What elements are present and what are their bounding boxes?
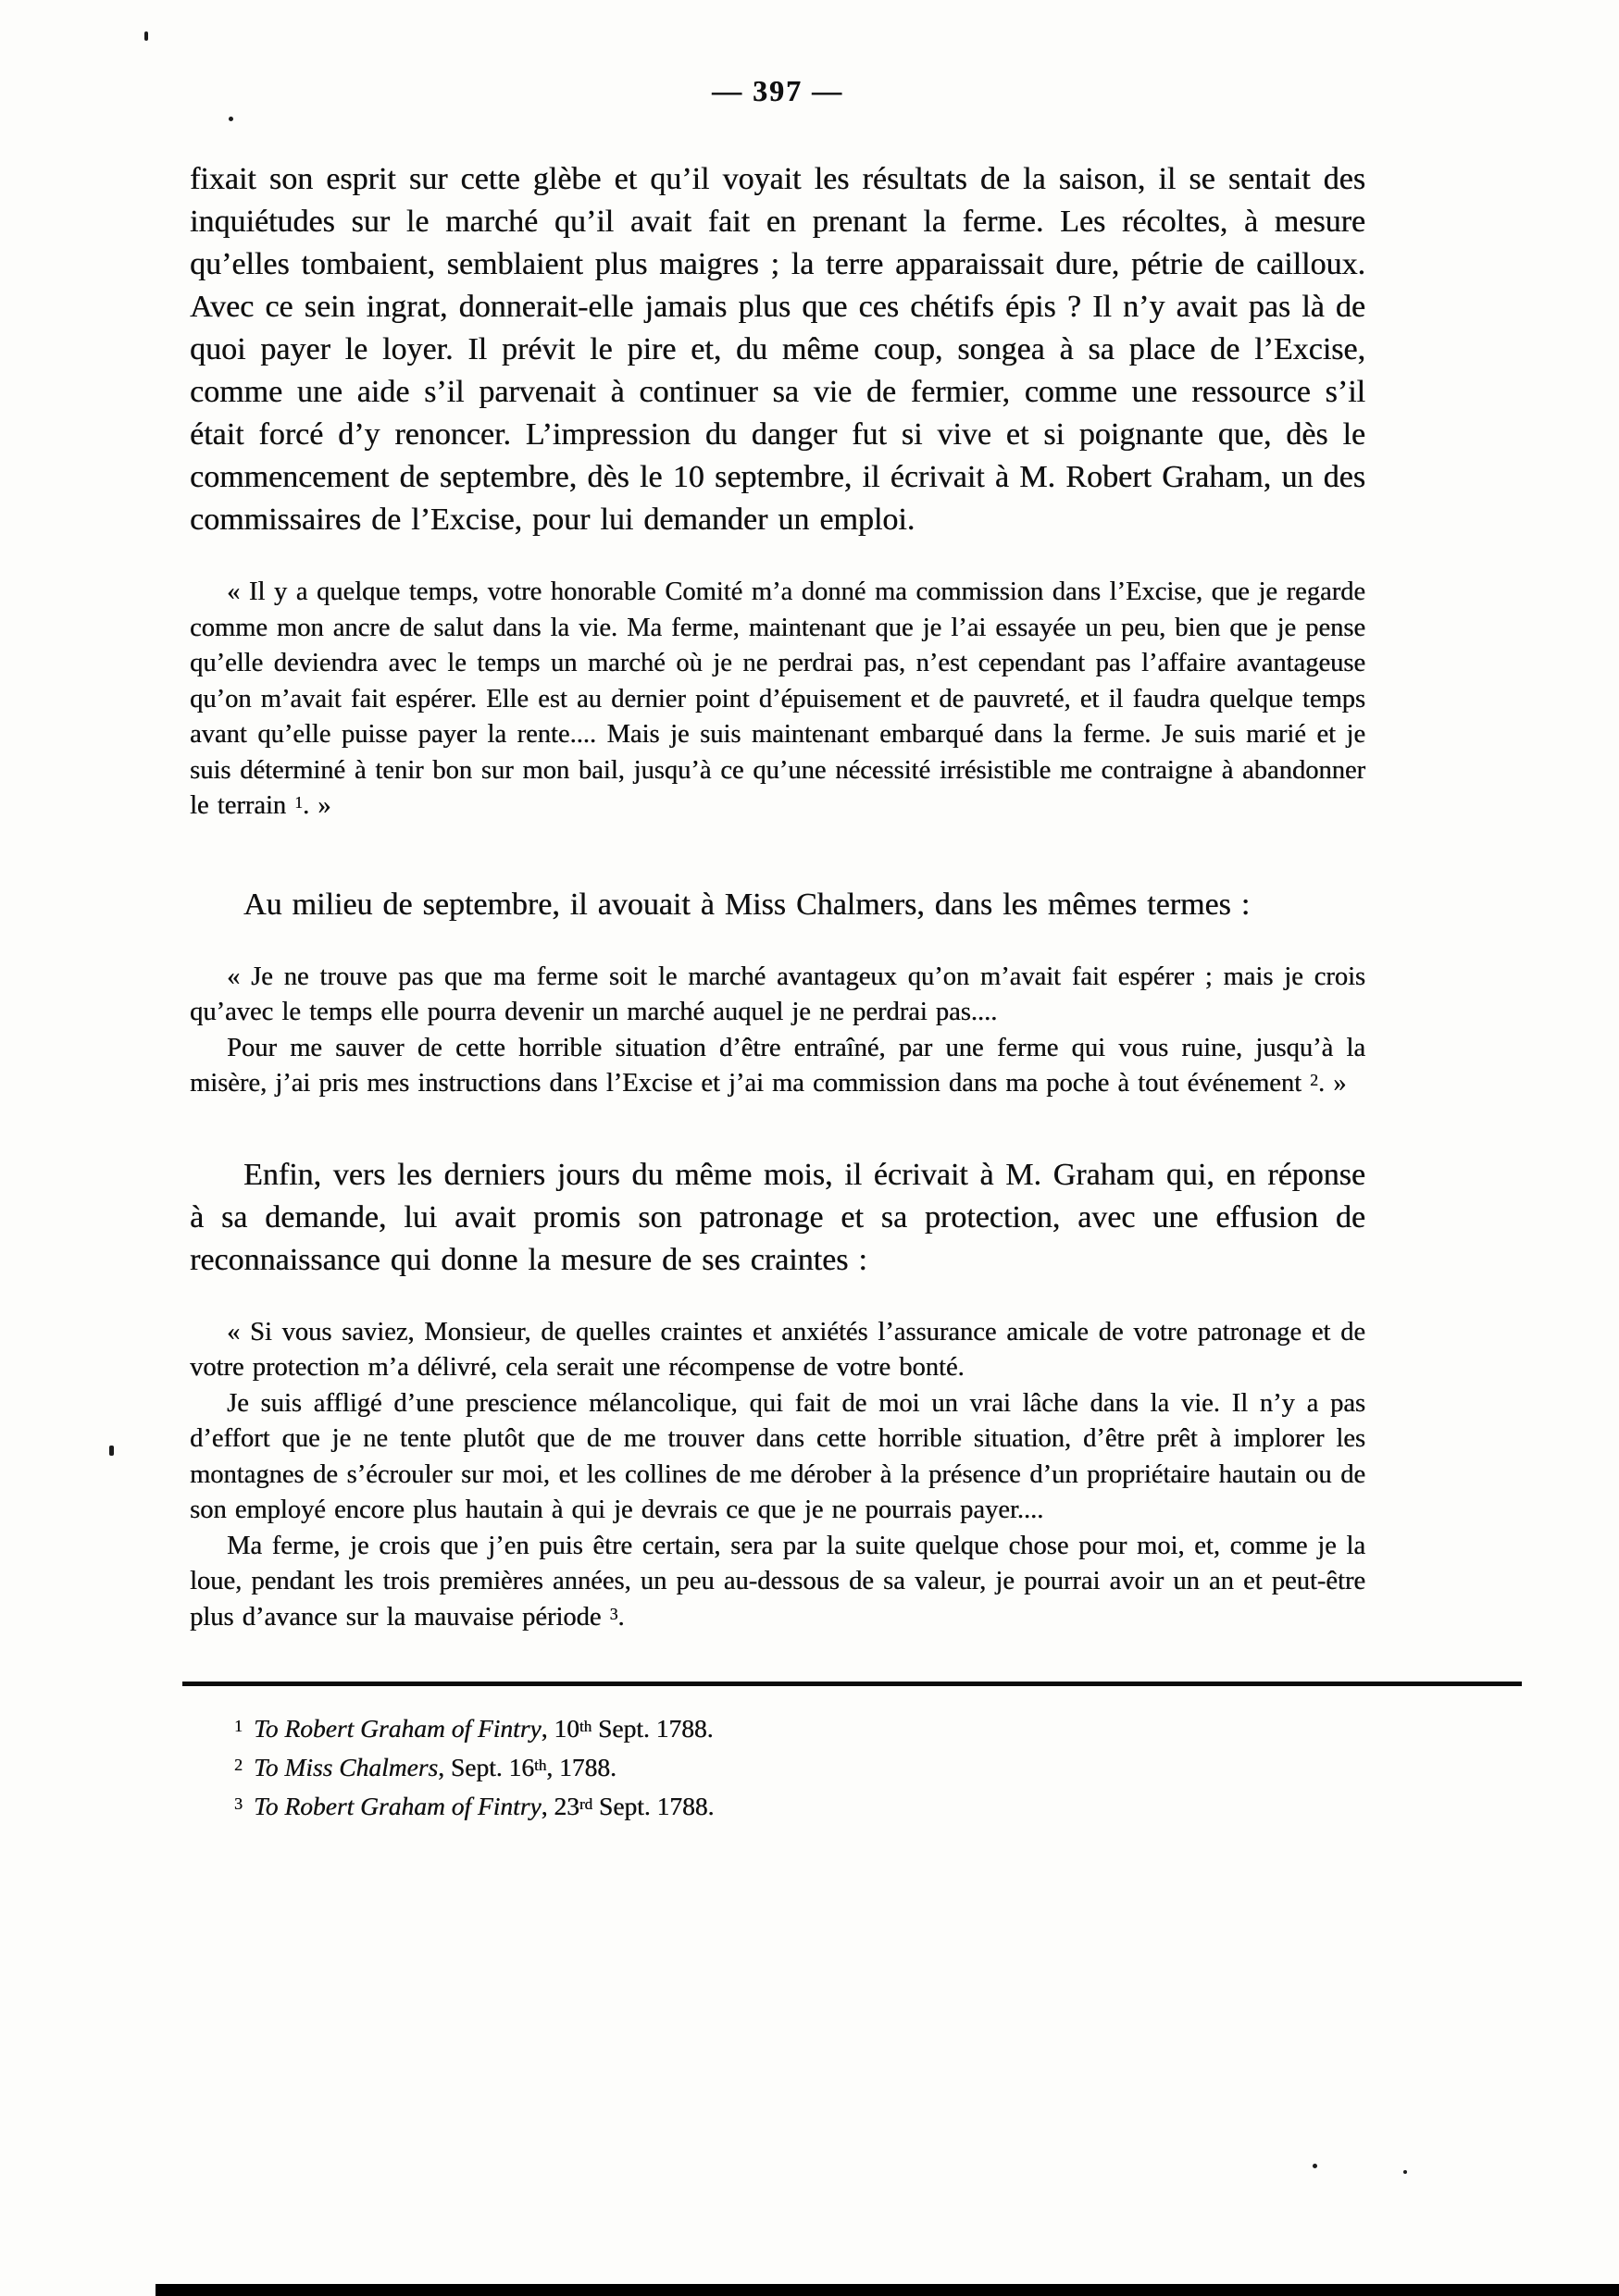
- page-number: — 397 —: [190, 74, 1365, 108]
- footnote-1-title: To Robert Graham of Fintry: [254, 1714, 542, 1743]
- footnote-3-date-rest: Sept. 1788.: [592, 1792, 714, 1820]
- paragraph-main-2: Au milieu de septembre, il avouait à Mis…: [190, 884, 1365, 926]
- footnote-3-title: To Robert Graham of Fintry: [254, 1792, 542, 1820]
- footnote-3-number: 3: [234, 1794, 243, 1813]
- footnote-3-ordinal: rd: [579, 1795, 592, 1813]
- quote-2-tail: . »: [1318, 1069, 1347, 1098]
- footnote-2-date-rest: , 1788.: [546, 1753, 616, 1781]
- footnote-1-date: , 10: [542, 1714, 579, 1743]
- quote-2-paragraph-1: « Je ne trouve pas que ma ferme soit le …: [190, 960, 1365, 1031]
- footnote-divider-rule: [182, 1682, 1522, 1686]
- footnotes-section: 1To Robert Graham of Fintry, 10th Sept. …: [190, 1710, 1365, 1825]
- footnote-3-date: , 23: [542, 1792, 579, 1820]
- footnote-2-ordinal: th: [534, 1756, 546, 1774]
- footnote-ref-1: 1: [294, 793, 303, 812]
- quote-1-paragraph: « Il y a quelque temps, votre honorable …: [190, 575, 1365, 825]
- footnote-ref-2: 2: [1310, 1071, 1318, 1089]
- book-page-scan: — 397 — fixait son esprit sur cette glèb…: [0, 0, 1619, 2296]
- text-column: fixait son esprit sur cette glèbe et qu’…: [190, 158, 1365, 1635]
- footnote-2-title: To Miss Chalmers: [254, 1753, 438, 1781]
- quote-3-paragraph-1: « Si vous saviez, Monsieur, de quelles c…: [190, 1315, 1365, 1386]
- quote-block-2: « Je ne trouve pas que ma ferme soit le …: [190, 960, 1365, 1102]
- paragraph-main-1: fixait son esprit sur cette glèbe et qu’…: [190, 158, 1365, 541]
- quote-1-text: « Il y a quelque temps, votre honorable …: [190, 577, 1365, 820]
- footnote-2-number: 2: [234, 1756, 243, 1774]
- scan-speck: [144, 31, 148, 41]
- scan-speck: [229, 117, 233, 121]
- footnote-2-date: , Sept. 16: [438, 1753, 534, 1781]
- scan-speck: [1313, 2164, 1317, 2168]
- quote-1-tail: . »: [303, 791, 331, 820]
- paragraph-main-3: Enfin, vers les derniers jours du même m…: [190, 1154, 1365, 1282]
- footnote-1: 1To Robert Graham of Fintry, 10th Sept. …: [190, 1710, 1365, 1747]
- quote-3-paragraph-2: Je suis affligé d’une prescience mélanco…: [190, 1386, 1365, 1529]
- footnote-1-ordinal: th: [579, 1718, 592, 1735]
- quote-block-1: « Il y a quelque temps, votre honorable …: [190, 575, 1365, 825]
- quote-2-paragraph-2: Pour me sauver de cette horrible situati…: [190, 1031, 1365, 1102]
- scan-speck: [1403, 2170, 1407, 2174]
- quote-3-paragraph-3: Ma ferme, je crois que j’en puis être ce…: [190, 1529, 1365, 1636]
- quote-block-3: « Si vous saviez, Monsieur, de quelles c…: [190, 1315, 1365, 1636]
- quote-3-tail: .: [617, 1603, 624, 1632]
- footnote-1-date-rest: Sept. 1788.: [592, 1714, 713, 1743]
- footnote-3: 3To Robert Graham of Fintry, 23rd Sept. …: [190, 1788, 1365, 1825]
- footnote-1-number: 1: [234, 1717, 243, 1735]
- scan-bottom-edge: [156, 2284, 1619, 2296]
- quote-2-text: Pour me sauver de cette horrible situati…: [190, 1034, 1365, 1098]
- quote-3-text: Ma ferme, je crois que j’en puis être ce…: [190, 1532, 1365, 1632]
- scan-speck: [109, 1446, 114, 1456]
- footnote-2: 2To Miss Chalmers, Sept. 16th, 1788.: [190, 1749, 1365, 1786]
